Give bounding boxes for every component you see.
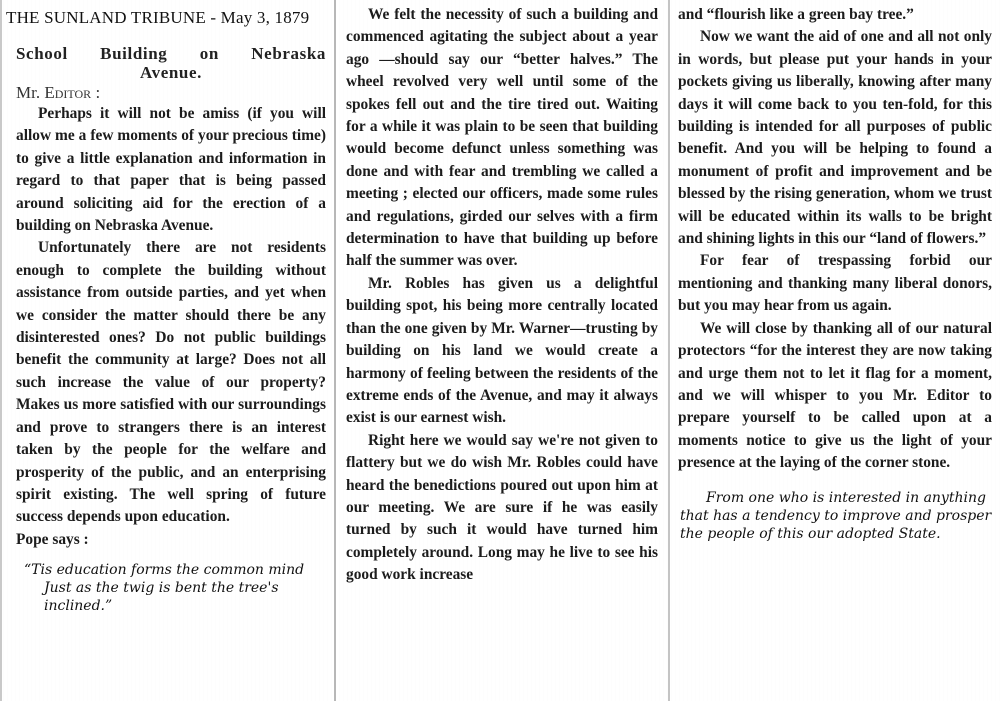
- column-1: School Building on Nebraska Avenue. Mr. …: [0, 0, 332, 701]
- paragraph: and “flourish like a green bay tree.”: [678, 4, 992, 26]
- salutation-prefix: Mr.: [16, 83, 44, 102]
- column-3: and “flourish like a green bay tree.” No…: [668, 0, 1000, 701]
- column-2: We felt the necessity of such a building…: [334, 0, 668, 701]
- salutation: Mr. Editor :: [16, 83, 326, 103]
- pope-quote: “Tis education forms the common mind Jus…: [16, 561, 326, 615]
- paragraph: We felt the necessity of such a building…: [346, 4, 658, 273]
- paragraph: Mr. Robles has given us a delightful bui…: [346, 273, 658, 430]
- quote-line: “Tis education forms the common mind: [24, 561, 326, 579]
- newspaper-clipping: THE SUNLAND TRIBUNE - May 3, 1879 School…: [0, 0, 1000, 701]
- paragraph: Right here we would say we're not given …: [346, 430, 658, 587]
- signoff-line: that has a tendency to improve and prosp…: [680, 507, 992, 525]
- signoff-line: From one who is interested in anything: [680, 489, 992, 507]
- paragraph: For fear of trespassing forbid our menti…: [678, 250, 992, 317]
- signoff-line: the people of this our adopted State.: [680, 525, 992, 543]
- paragraph: Unfortunately there are not residents en…: [16, 237, 326, 528]
- headline-line-2: Avenue.: [16, 63, 326, 82]
- quote-line: inclined.”: [24, 597, 326, 615]
- salutation-name: Editor: [44, 83, 91, 102]
- signoff: From one who is interested in anything t…: [678, 489, 992, 543]
- salutation-suffix: :: [91, 83, 100, 102]
- paragraph: We will close by thanking all of our nat…: [678, 318, 992, 475]
- headline-line-1: School Building on Nebraska: [16, 44, 326, 63]
- pope-attribution: Pope says :: [16, 529, 326, 551]
- paragraph: Perhaps it will not be amiss (if you wil…: [16, 103, 326, 237]
- paragraph: Now we want the aid of one and all not o…: [678, 26, 992, 250]
- quote-line: Just as the twig is bent the tree's: [24, 579, 326, 597]
